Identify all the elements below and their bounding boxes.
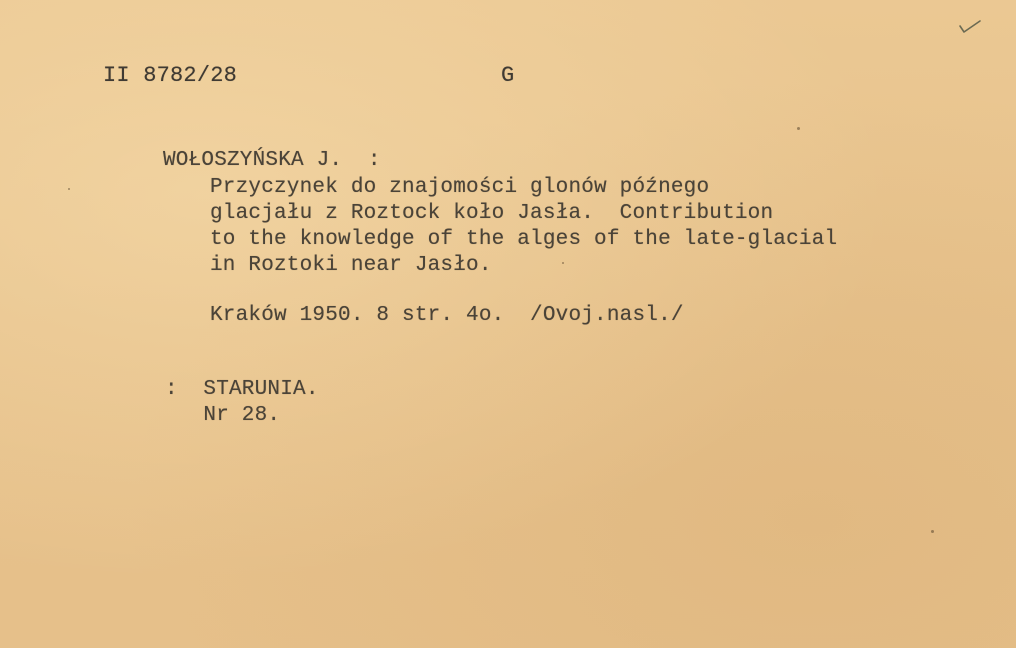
imprint: Kraków 1950. 8 str. 4o. /Ovoj.nasl./ (210, 303, 684, 329)
title-line-3: to the knowledge of the alges of the lat… (210, 227, 837, 253)
paper-speck (797, 127, 800, 130)
paper-speck (68, 188, 70, 190)
check-mark-icon (958, 18, 982, 34)
paper-speck (931, 530, 934, 533)
title-line-1: Przyczynek do znajomości glonów późnego (210, 175, 709, 201)
catalog-card: II 8782/28 G WOŁOSZYŃSKA J. : Przyczynek… (0, 0, 1016, 648)
location-code: G (501, 63, 514, 89)
series-title: : STARUNIA. (165, 377, 319, 403)
series-number: Nr 28. (165, 403, 280, 429)
author-heading: WOŁOSZYŃSKA J. : (163, 148, 381, 174)
title-line-4: in Roztoki near Jasło. (210, 253, 492, 279)
title-line-2: glacjału z Roztock koło Jasła. Contribut… (210, 201, 773, 227)
paper-speck (562, 262, 564, 264)
call-number: II 8782/28 (103, 63, 237, 89)
